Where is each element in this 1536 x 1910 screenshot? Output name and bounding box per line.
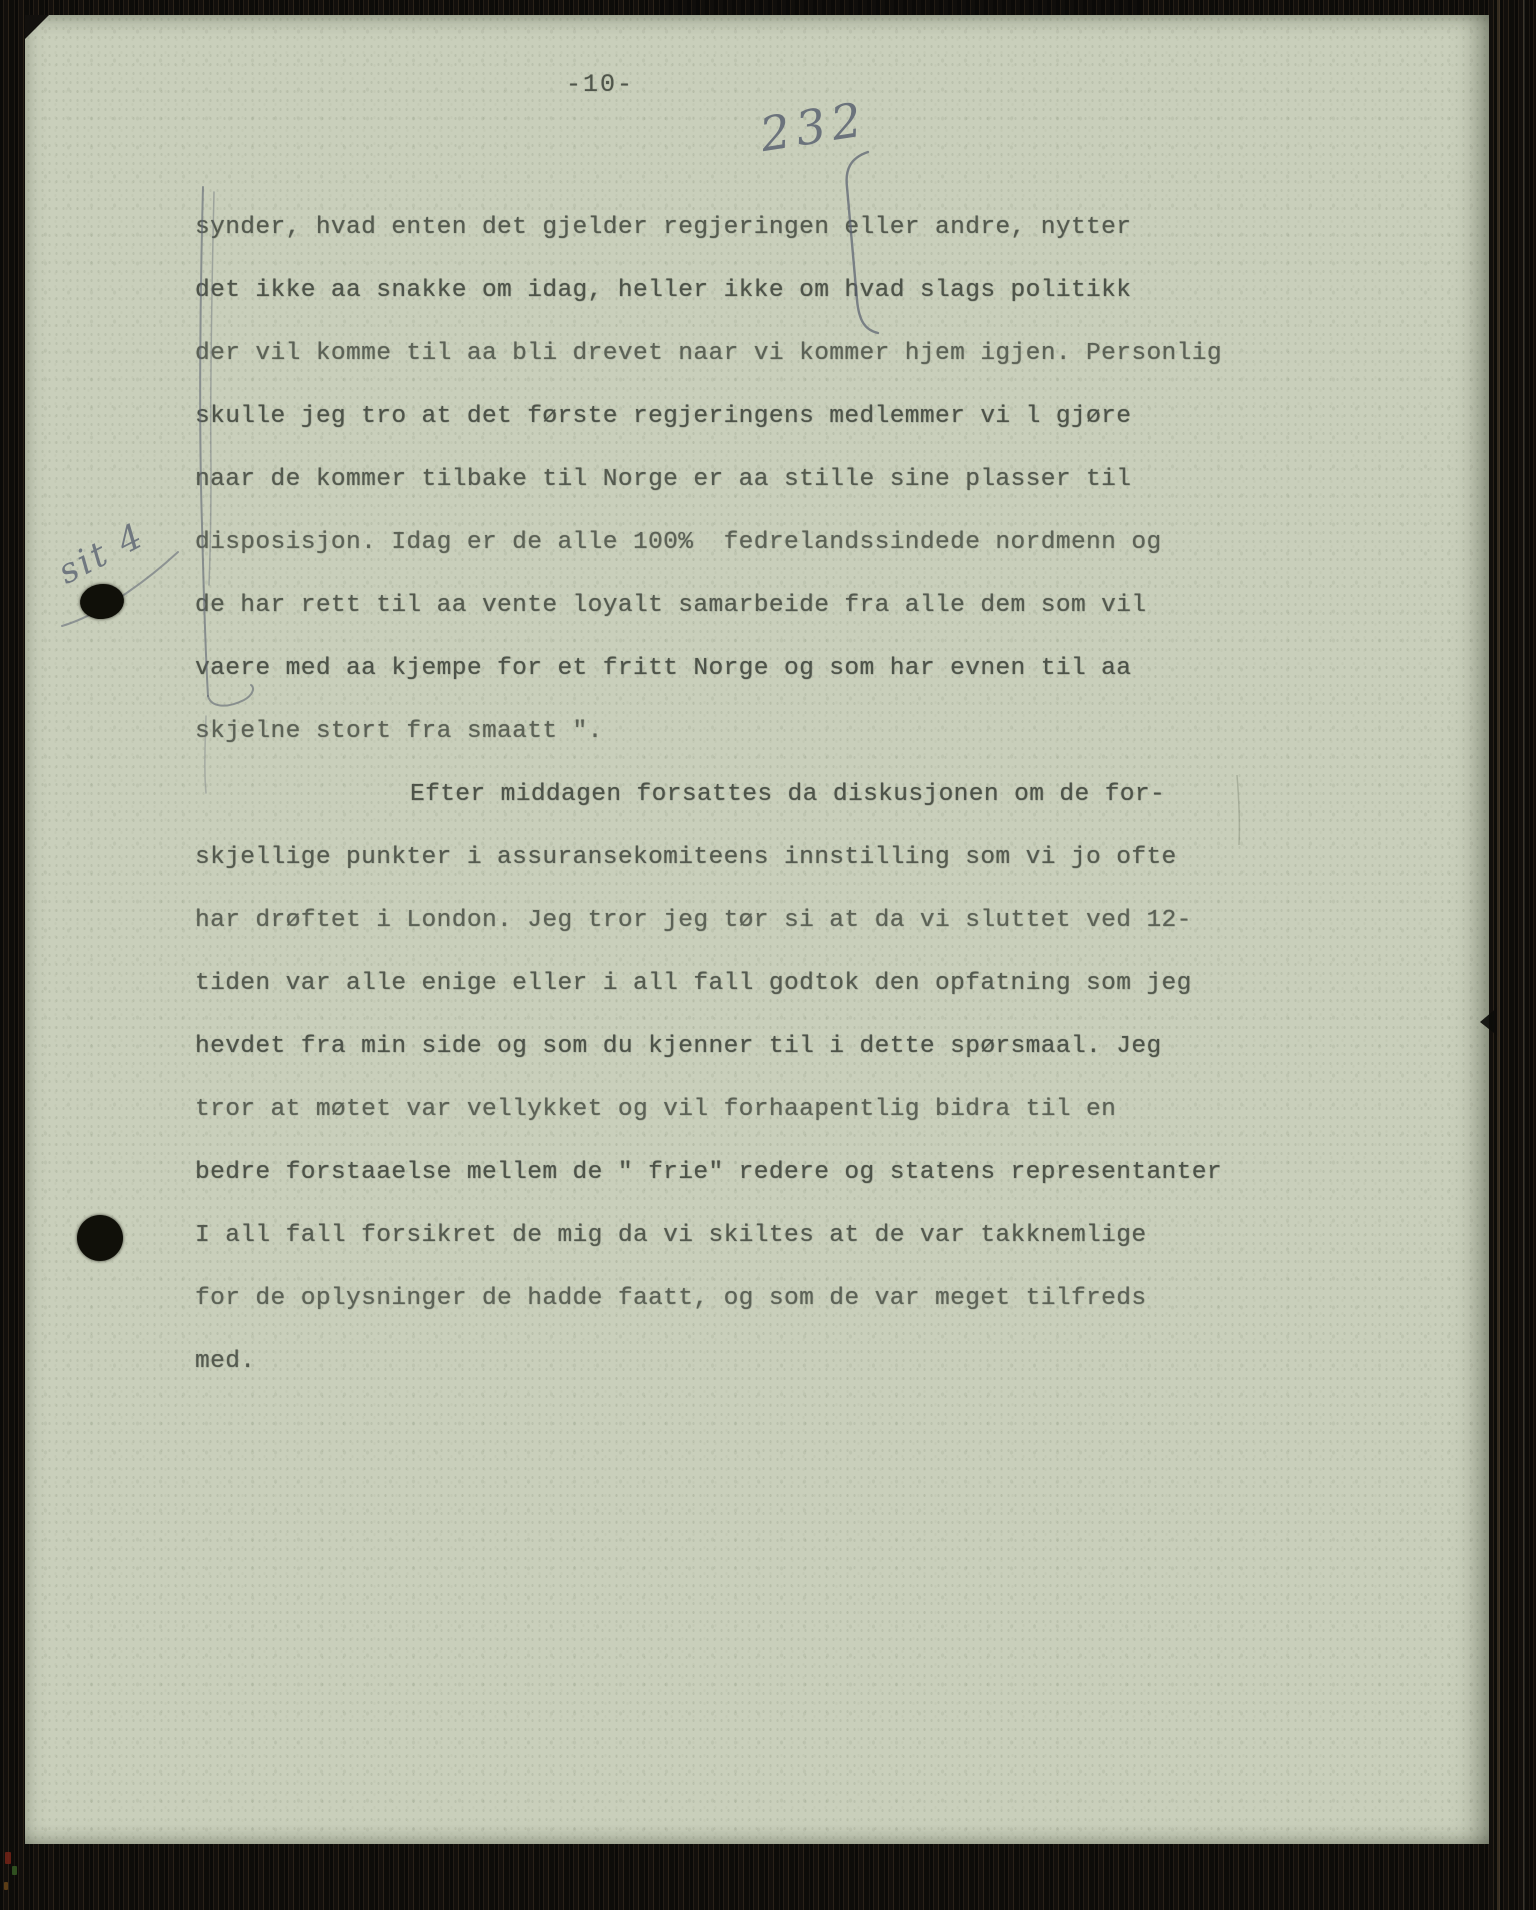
- typed-line: vaere med aa kjempe for et fritt Norge o…: [195, 637, 1295, 700]
- film-artifact-speck: [5, 1852, 11, 1864]
- typed-line: skjellige punkter i assuransekomiteens i…: [195, 826, 1295, 889]
- page-number: -10-: [566, 70, 634, 99]
- film-scan-frame: -10- 232 sit 4 synder, hvad enten det gj…: [0, 0, 1536, 1910]
- film-edge-stripe: [1523, 0, 1525, 1910]
- typed-line: naar de kommer tilbake til Norge er aa s…: [195, 448, 1295, 511]
- typed-line: I all fall forsikret de mig da vi skilte…: [195, 1204, 1295, 1267]
- film-edge-stripe: [1497, 0, 1500, 1910]
- typed-line: bedre forstaaelse mellem de " frie" rede…: [195, 1141, 1295, 1204]
- typed-line: tiden var alle enige eller i all fall go…: [195, 952, 1295, 1015]
- film-artifact-speck: [12, 1866, 17, 1875]
- typed-line: skulle jeg tro at det første regjeringen…: [195, 385, 1295, 448]
- typed-line: for de oplysninger de hadde faatt, og so…: [195, 1267, 1295, 1330]
- typed-line: de har rett til aa vente loyalt samarbei…: [195, 574, 1295, 637]
- typed-line: tror at møtet var vellykket og vil forha…: [195, 1078, 1295, 1141]
- film-artifact-speck: [4, 1882, 8, 1890]
- typed-line: skjelne stort fra smaatt ".: [195, 700, 1295, 763]
- typed-text-block: synder, hvad enten det gjelder regjering…: [195, 196, 1295, 1393]
- typed-line: har drøftet i London. Jeg tror jeg tør s…: [195, 889, 1295, 952]
- typed-line: der vil komme til aa bli drevet naar vi …: [195, 322, 1295, 385]
- typed-line: disposisjon. Idag er de alle 100% fedrel…: [195, 511, 1295, 574]
- typed-line: hevdet fra min side og som du kjenner ti…: [195, 1015, 1295, 1078]
- typed-line: det ikke aa snakke om idag, heller ikke …: [195, 259, 1295, 322]
- typed-line: med.: [195, 1330, 1295, 1393]
- typed-line: Efter middagen forsattes da diskusjonen …: [195, 763, 1295, 826]
- typed-line: synder, hvad enten det gjelder regjering…: [195, 196, 1295, 259]
- hole-punch: [77, 1215, 123, 1261]
